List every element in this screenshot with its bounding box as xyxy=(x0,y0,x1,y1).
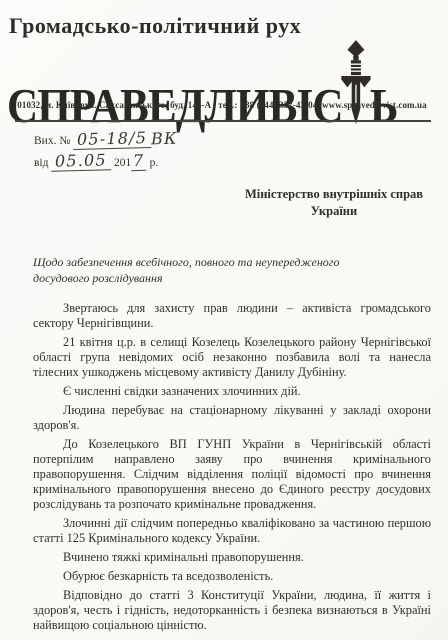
date-year-written: 7 xyxy=(131,151,147,171)
outgoing-number-line: Вих. № 05-18/5ВК xyxy=(34,129,178,149)
date-value: 05.05 xyxy=(51,150,111,172)
paragraph-hospital: Людина перебуває на стаціонарному лікува… xyxy=(33,403,431,433)
paragraph-constitution: Відповідно до статті 3 Конституції Украї… xyxy=(33,588,431,633)
recipient-line-2: України xyxy=(243,203,425,220)
recipient-block: Міністерство внутрішніх справ України xyxy=(243,186,425,220)
paragraph-qualification: Злочинні дії слідчим попередньо кваліфік… xyxy=(33,516,431,546)
date-suffix: р. xyxy=(150,157,159,169)
sword-icon xyxy=(341,39,372,127)
paragraph-grave-offense: Вчинено тяжкі кримінальні правопорушення… xyxy=(33,550,431,565)
outgoing-number-suffix: ВК xyxy=(151,129,178,149)
paragraph-witnesses: Є численні свідки зазначених злочинних д… xyxy=(33,384,431,399)
outgoing-number-value: 05-18/5 xyxy=(73,128,152,150)
date-year-printed: 201 xyxy=(114,157,131,169)
reference-block: Вих. № 05-18/5ВК від 05.05 2017 р. xyxy=(34,129,178,173)
letter-body: Звертаюсь для захисту прав людини – акти… xyxy=(33,301,431,637)
paragraph-impunity: Обурює безкарність та вседозволеність. xyxy=(33,569,431,584)
outgoing-number-label: Вих. № xyxy=(34,135,70,147)
recipient-line-1: Міністерство внутрішніх справ xyxy=(243,186,425,203)
date-line: від 05.05 2017 р. xyxy=(34,151,178,171)
subject-line: Щодо забезпечення всебічного, повного та… xyxy=(33,254,373,286)
paragraph-appeal: Звертаюсь для захисту прав людини – акти… xyxy=(33,301,431,331)
address-line: 01032, м. Київ, вул. Саксаганського, буд… xyxy=(0,100,444,110)
header-divider xyxy=(15,120,431,122)
document-page: Громадсько-політичний рух СПРАВЕДЛИВІС Ь… xyxy=(0,0,448,640)
paragraph-incident: 21 квітня ц.р. в селищі Козелець Козелец… xyxy=(33,335,431,380)
date-label: від xyxy=(34,157,48,169)
paragraph-police-report: До Козелецького ВП ГУНП України в Черніг… xyxy=(33,437,431,512)
